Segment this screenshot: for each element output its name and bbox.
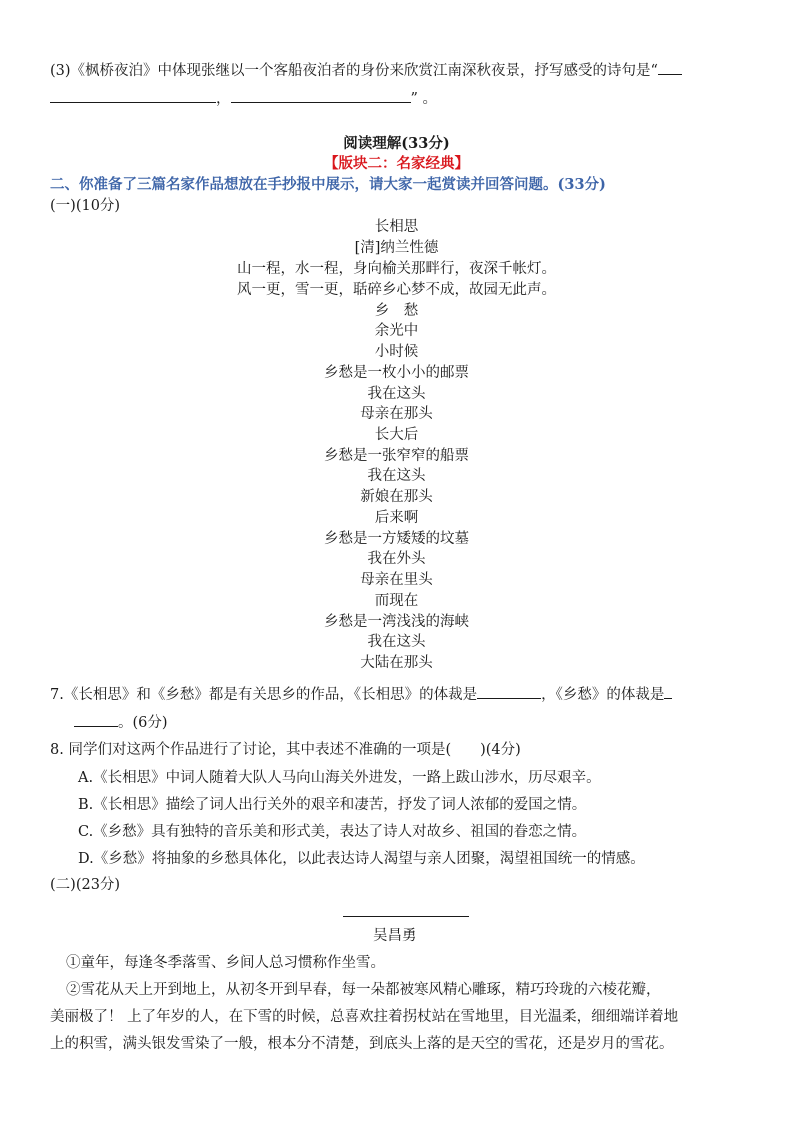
paragraph-2-continued: 上的积雪，满头银发雪染了一般，根本分不清楚，到底头上落的是天空的雪花，还是岁月的…: [50, 1034, 674, 1054]
poem-1-line: 山一程，水一程，身向榆关那畔行，夜深千帐灯。: [0, 259, 793, 279]
part-1-label: (一)(10分): [50, 196, 120, 216]
poem-2-line: 我在这头: [0, 632, 793, 652]
question-3-text: (3)《枫桥夜泊》中体现张继以一个客船夜泊者的身份来欣赏江南深秋夜景，抒写感受的…: [50, 63, 658, 79]
article-author: 吴昌勇: [373, 926, 417, 946]
answer-blank[interactable]: [50, 88, 216, 103]
question-8-option-a[interactable]: A.《长相思》中词人随着大队人马向山海关外进发，一路上跋山涉水，历尽艰辛。: [78, 768, 601, 788]
poem-2-line: 乡愁是一张窄窄的船票: [0, 446, 793, 466]
document-page: (3)《枫桥夜泊》中体现张继以一个客船夜泊者的身份来欣赏江南深秋夜景，抒写感受的…: [0, 0, 793, 1121]
poem-1-title: 长相思: [0, 217, 793, 237]
answer-blank[interactable]: [477, 684, 541, 699]
question-7-text: 7.《长相思》和《乡愁》都是有关思乡的作品，《长相思》的体裁是: [50, 687, 477, 703]
title-blank-line: [343, 916, 469, 917]
question-7-continued: 。(6分): [74, 712, 168, 733]
paragraph-2: ②雪花从天上开到地上，从初冬开到早春，每一朵都被寒风精心雕琢，精巧玲珑的六棱花瓣…: [66, 980, 661, 1000]
poem-2-line: 我在这头: [0, 466, 793, 486]
poem-2-line: 我在外头: [0, 549, 793, 569]
section-instruction: 二、你准备了三篇名家作品想放在手抄报中展示，请大家一起赏读并回答问题。(33分): [50, 175, 606, 195]
answer-blank[interactable]: [664, 684, 672, 699]
poem-2-line: 母亲在那头: [0, 404, 793, 424]
poem-2-line: 而现在: [0, 591, 793, 611]
poem-2-line: 母亲在里头: [0, 570, 793, 590]
section-title: 阅读理解(33分): [0, 134, 793, 154]
question-7-points: 。(6分): [118, 715, 168, 731]
answer-blank[interactable]: [74, 712, 118, 727]
poem-2-line: 长大后: [0, 425, 793, 445]
poem-1-line: 风一更，雪一更，聒碎乡心梦不成，故园无此声。: [0, 280, 793, 300]
poem-2-line: 乡愁是一枚小小的邮票: [0, 363, 793, 383]
poem-2-line: 我在这头: [0, 384, 793, 404]
poem-2-line: 后来啊: [0, 508, 793, 528]
question-7: 7.《长相思》和《乡愁》都是有关思乡的作品，《长相思》的体裁是，《乡愁》的体裁是: [50, 684, 672, 705]
poem-2-title: 乡 愁: [0, 301, 793, 321]
question-3: (3)《枫桥夜泊》中体现张继以一个客船夜泊者的身份来欣赏江南深秋夜景，抒写感受的…: [50, 60, 682, 81]
poem-2-line: 新娘在那头: [0, 487, 793, 507]
question-7-text: ，《乡愁》的体裁是: [541, 687, 664, 703]
poem-2-author: 余光中: [0, 321, 793, 341]
poem-1-author: [清]纳兰性德: [0, 238, 793, 258]
question-8-stem: 8. 同学们对这两个作品进行了讨论，其中表述不准确的一项是( )(4分): [50, 740, 521, 760]
block-label: 【版块二：名家经典】: [0, 154, 793, 174]
paragraph-1: ①童年，每逢冬季落雪、乡间人总习惯称作坐雪。: [66, 953, 385, 973]
comma: ，: [216, 91, 231, 107]
close-quote: ” 。: [411, 91, 438, 107]
answer-blank[interactable]: [658, 60, 682, 75]
question-8-option-c[interactable]: C.《乡愁》具有独特的音乐美和形式美，表达了诗人对故乡、祖国的眷恋之情。: [78, 822, 586, 842]
poem-2-line: 小时候: [0, 342, 793, 362]
paragraph-2-continued: 美丽极了！ 上了年岁的人，在下雪的时候，总喜欢拄着拐杖站在雪地里，目光温柔，细细…: [50, 1007, 678, 1027]
question-3-continued: ，” 。: [50, 88, 437, 109]
part-2-label: (二)(23分): [50, 875, 120, 895]
poem-2-line: 大陆在那头: [0, 653, 793, 673]
answer-blank[interactable]: [231, 88, 411, 103]
poem-2-line: 乡愁是一方矮矮的坟墓: [0, 529, 793, 549]
question-8-option-d[interactable]: D.《乡愁》将抽象的乡愁具体化，以此表达诗人渴望与亲人团聚，渴望祖国统一的情感。: [78, 849, 645, 869]
question-8-option-b[interactable]: B.《长相思》描绘了词人出行关外的艰辛和凄苦，抒发了词人浓郁的爱国之情。: [78, 795, 586, 815]
poem-2-line: 乡愁是一湾浅浅的海峡: [0, 612, 793, 632]
